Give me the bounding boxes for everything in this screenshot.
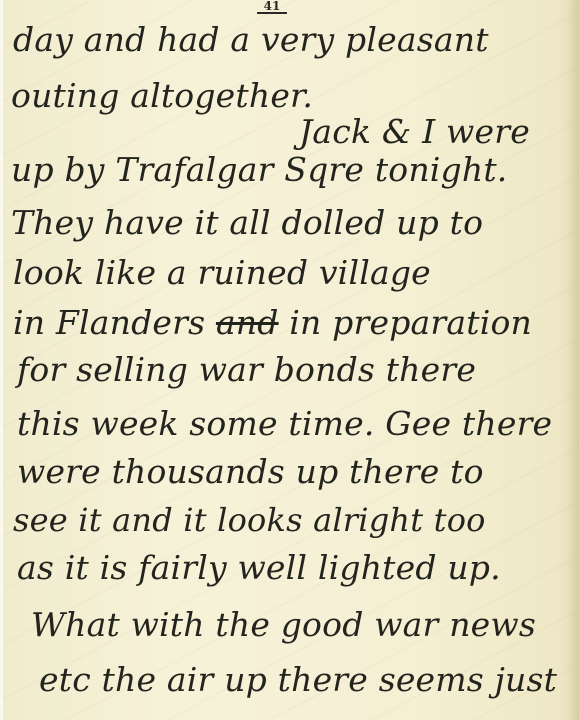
- text-line-3: Jack & I were: [299, 112, 530, 152]
- text-line-9: this week some time. Gee there: [17, 404, 552, 444]
- text-line-12: as it is fairly well lighted up.: [17, 548, 501, 588]
- text-line-2: outing altogether.: [11, 76, 313, 116]
- text-line-13: What with the good war news: [31, 605, 536, 645]
- page-number: 41: [257, 0, 287, 14]
- text-line-14: etc the air up there seems just: [39, 660, 557, 700]
- text-line-4: up by Trafalgar Sqre tonight.: [11, 150, 507, 190]
- text-line-7-before: in Flanders: [13, 303, 216, 342]
- text-line-7-after: in preparation: [279, 303, 532, 342]
- handwritten-letter-page: 41 day and had a very pleasant outing al…: [0, 0, 579, 720]
- text-line-8: for selling war bonds there: [17, 350, 476, 390]
- struck-out-word: and: [216, 303, 279, 342]
- text-line-1: day and had a very pleasant: [13, 20, 489, 60]
- text-line-6: look like a ruined village: [13, 253, 431, 293]
- text-line-11: see it and it looks alright too: [13, 500, 486, 540]
- text-line-7: in Flanders and in preparation: [13, 303, 532, 343]
- text-line-10: were thousands up there to: [17, 452, 484, 492]
- text-line-5: They have it all dolled up to: [11, 203, 483, 243]
